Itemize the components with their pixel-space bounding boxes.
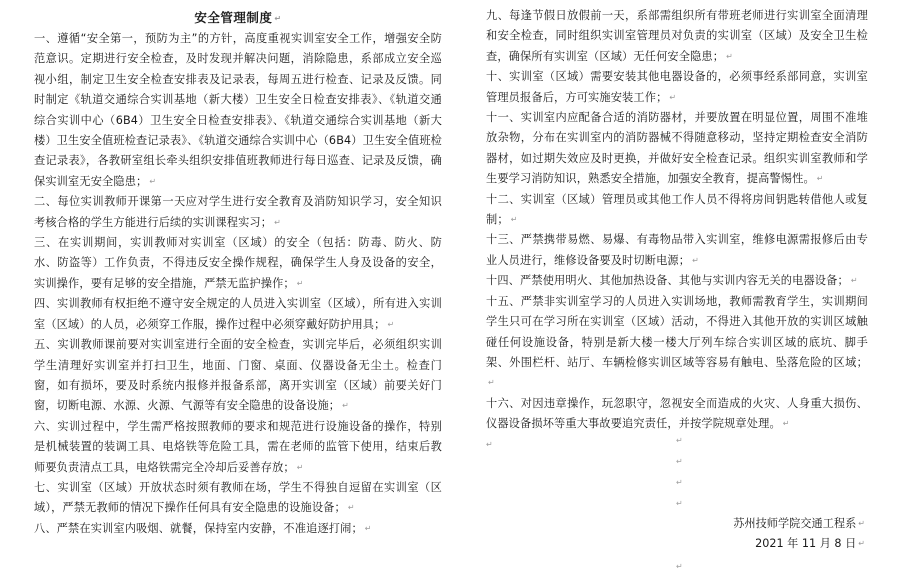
- paragraph-14: 十四、严禁使用明火、其他加热设备、其他与实训内容无关的电器设备；↵: [486, 271, 868, 291]
- paragraph-6: 六、实训过程中，学生需严格按照教师的要求和规范进行设施设备的操作，特别是机械装置…: [34, 417, 442, 478]
- paragraph-4: 四、实训教师有权拒绝不遵守安全规定的人员进入实训室（区域），所有进入实训室（区域…: [34, 294, 442, 335]
- paragraph-text: 八、严禁在实训室内吸烟、就餐，保持室内安静，不准追逐打闹；: [34, 522, 363, 535]
- return-mark-icon: ↵: [149, 177, 156, 186]
- document-title: 安全管理制度↵: [34, 8, 442, 28]
- return-mark-icon: ↵: [692, 256, 699, 265]
- paragraph-3: 三、在实训期间，实训教师对实训室（区域）的安全（包括：防毒、防火、防水、防盗等）…: [34, 233, 442, 294]
- return-mark-icon: ↵: [676, 457, 683, 466]
- return-mark-icon: ↵: [274, 14, 281, 23]
- return-mark-icon: ↵: [817, 174, 824, 183]
- paragraph-text: 十一、实训室内应配备合适的消防器材，并要放置在明显位置，周围不准堆放杂物，分布在…: [486, 111, 868, 185]
- paragraph-text: 五、实训教师课前要对实训室进行全面的安全检查，实训完毕后，必须组织实训学生清理好…: [34, 338, 442, 412]
- return-mark-icon: ↵: [676, 478, 683, 487]
- return-mark-icon: ↵: [274, 218, 281, 227]
- paragraph-text: 二、每位实训教师开课第一天应对学生进行安全教育及消防知识学习，安全知识考核合格的…: [34, 195, 442, 228]
- date-text: 2021 年 11 月 8 日: [755, 537, 856, 550]
- paragraph-15: 十五、严禁非实训室学习的人员进入实训场地，教师需教育学生，实训期间学生只可在学习…: [486, 292, 868, 394]
- paragraph-text: 七、实训室（区域）开放状态时须有教师在场，学生不得独自逗留在实训室（区域），严禁…: [34, 481, 442, 514]
- return-mark-icon: ↵: [676, 436, 683, 445]
- paragraph-text: 一、遵循“安全第一，预防为主”的方针，高度重视实训室安全工作，增强安全防范意识。…: [34, 32, 442, 188]
- paragraph-text: 十六、对因违章操作，玩忽职守，忽视安全而造成的火灾、人身重大损伤、仪器设备损坏等…: [486, 397, 868, 430]
- paragraph-13: 十三、严禁携带易燃、易爆、有毒物品带入实训室，维修电源需报修后由专业人员进行，维…: [486, 230, 868, 271]
- paragraph-text: 三、在实训期间，实训教师对实训室（区域）的安全（包括：防毒、防火、防水、防盗等）…: [34, 236, 442, 290]
- return-mark-icon: ↵: [348, 503, 355, 512]
- paragraph-8: 八、严禁在实训室内吸烟、就餐，保持室内安静，不准追逐打闹；↵: [34, 519, 442, 539]
- paragraph-text: 四、实训教师有权拒绝不遵守安全规定的人员进入实训室（区域），所有进入实训室（区域…: [34, 297, 442, 330]
- paragraph-11: 十一、实训室内应配备合适的消防器材，并要放置在明显位置，周围不准堆放杂物，分布在…: [486, 108, 868, 190]
- return-mark-icon: ↵: [858, 539, 865, 548]
- return-mark-icon: ↵: [669, 93, 676, 102]
- return-mark-icon: ↵: [486, 440, 493, 449]
- paragraph-text: 六、实训过程中，学生需严格按照教师的要求和规范进行设施设备的操作，特别是机械装置…: [34, 420, 442, 474]
- paragraph-text: 十四、严禁使用明火、其他加热设备、其他与实训内容无关的电器设备；: [486, 274, 849, 287]
- left-column: 安全管理制度↵ 一、遵循“安全第一，预防为主”的方针，高度重视实训室安全工作，增…: [34, 8, 442, 539]
- title-text: 安全管理制度: [194, 10, 272, 25]
- return-mark-icon: ↵: [676, 562, 683, 571]
- paragraph-text: 九、每逢节假日放假前一天，系部需组织所有带班老师进行实训室全面清理和安全检查，同…: [486, 9, 868, 63]
- paragraph-12: 十二、实训室（区域）管理员或其他工作人员不得将房间钥匙转借他人或复制；↵: [486, 190, 868, 231]
- paragraph-10: 十、实训室（区域）需要安装其他电器设备的，必须事经系部同意，实训室管理员报备后，…: [486, 67, 868, 108]
- paragraph-1: 一、遵循“安全第一，预防为主”的方针，高度重视实训室安全工作，增强安全防范意识。…: [34, 29, 442, 192]
- return-mark-icon: ↵: [726, 52, 733, 61]
- paragraph-text: 十、实训室（区域）需要安装其他电器设备的，必须事经系部同意，实训室管理员报备后，…: [486, 70, 868, 103]
- signature-organization: 苏州技师学院交通工程系↵: [733, 514, 865, 534]
- return-mark-icon: ↵: [342, 401, 349, 410]
- paragraph-7: 七、实训室（区域）开放状态时须有教师在场，学生不得独自逗留在实训室（区域），严禁…: [34, 478, 442, 519]
- return-mark-icon: ↵: [365, 524, 372, 533]
- return-mark-icon: ↵: [511, 215, 518, 224]
- return-mark-icon: ↵: [387, 320, 394, 329]
- return-mark-icon: ↵: [858, 519, 865, 528]
- return-mark-icon: ↵: [297, 279, 304, 288]
- return-mark-icon: ↵: [851, 276, 858, 285]
- return-mark-icon: ↵: [297, 463, 304, 472]
- paragraph-5: 五、实训教师课前要对实训室进行全面的安全检查，实训完毕后，必须组织实训学生清理好…: [34, 335, 442, 417]
- paragraph-16: 十六、对因违章操作，玩忽职守，忽视安全而造成的火灾、人身重大损伤、仪器设备损坏等…: [486, 394, 868, 435]
- paragraph-2: 二、每位实训教师开课第一天应对学生进行安全教育及消防知识学习，安全知识考核合格的…: [34, 192, 442, 233]
- return-mark-icon: ↵: [488, 378, 495, 387]
- organization-text: 苏州技师学院交通工程系: [733, 517, 856, 530]
- paragraph-9: 九、每逢节假日放假前一天，系部需组织所有带班老师进行实训室全面清理和安全检查，同…: [486, 6, 868, 67]
- paragraph-text: 十二、实训室（区域）管理员或其他工作人员不得将房间钥匙转借他人或复制；: [486, 193, 868, 226]
- document-page: 安全管理制度↵ 一、遵循“安全第一，预防为主”的方针，高度重视实训室安全工作，增…: [0, 0, 900, 587]
- right-column: 九、每逢节假日放假前一天，系部需组织所有带班老师进行实训室全面清理和安全检查，同…: [486, 6, 868, 455]
- signature-date: 2021 年 11 月 8 日↵: [755, 534, 865, 554]
- return-mark-icon: ↵: [783, 419, 790, 428]
- paragraph-text: 十五、严禁非实训室学习的人员进入实训场地，教师需教育学生，实训期间学生只可在学习…: [486, 295, 868, 369]
- paragraph-text: 十三、严禁携带易燃、易爆、有毒物品带入实训室，维修电源需报修后由专业人员进行，维…: [486, 233, 868, 266]
- return-mark-icon: ↵: [676, 499, 683, 508]
